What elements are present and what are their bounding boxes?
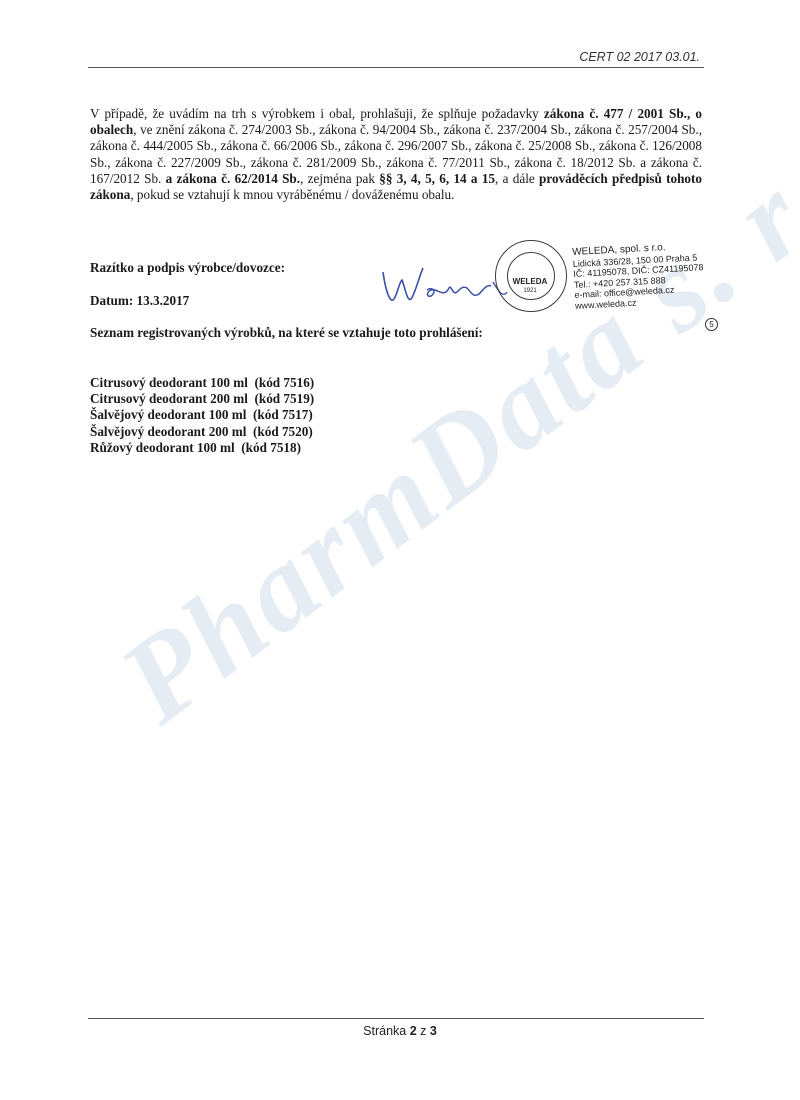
stamp-number-mark: 5 [705,318,718,331]
product-list: Citrusový deodorant 100 ml (kód 7516) Ci… [90,375,314,456]
stamp-company-details: WELEDA, spol. s r.o. Lidická 336/28, 150… [572,241,705,311]
stamp-logo: WELEDA [505,277,555,286]
product-item: Šalvějový deodorant 100 ml (kód 7517) [90,407,314,423]
product-item: Růžový deodorant 100 ml (kód 7518) [90,440,314,456]
declaration-paragraph: V případě, že uvádím na trh s výrobkem i… [90,106,702,203]
handwritten-signature [375,252,515,312]
product-item: Citrusový deodorant 100 ml (kód 7516) [90,375,314,391]
declaration-text: V případě, že uvádím na trh s výrobkem i… [90,106,544,121]
page-total: 3 [430,1024,437,1038]
header-divider [88,67,704,68]
page-number: Stránka 2 z 3 [0,1024,800,1038]
product-item: Šalvějový deodorant 200 ml (kód 7520) [90,424,314,440]
stamp-signature-label: Razítko a podpis výrobce/dovozce: [90,260,285,276]
declaration-emphasis: a zákona č. 62/2014 Sb. [166,171,300,186]
declaration-text: , pokud se vztahují k mnou vyráběnému / … [130,187,454,202]
declaration-text: , a dále [495,171,539,186]
product-list-heading: Seznam registrovaných výrobků, na které … [90,325,483,341]
page-separator: z [417,1024,430,1038]
stamp-year: 1921 [510,288,550,294]
footer-divider [88,1018,704,1019]
page-current: 2 [410,1024,417,1038]
page-prefix: Stránka [363,1024,410,1038]
date-label: Datum: 13.3.2017 [90,293,189,309]
document-reference: CERT 02 2017 03.01. [579,50,700,64]
declaration-emphasis: §§ 3, 4, 5, 6, 14 a 15 [379,171,495,186]
product-item: Citrusový deodorant 200 ml (kód 7519) [90,391,314,407]
declaration-text: , zejména pak [300,171,379,186]
